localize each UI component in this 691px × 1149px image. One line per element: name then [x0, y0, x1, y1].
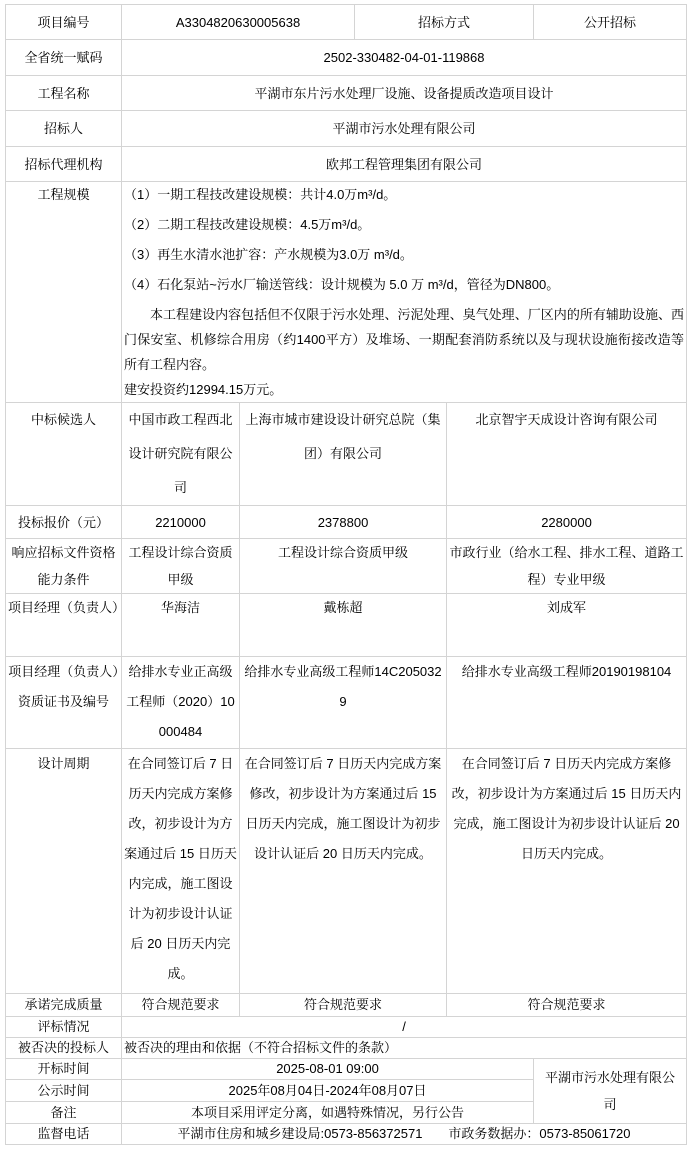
cert-2: 给排水专业高级工程师14C2050329: [240, 657, 447, 749]
quality-1: 符合规范要求: [122, 994, 240, 1017]
label-bid-prices: 投标报价（元）: [6, 506, 122, 539]
row-bid-prices: 投标报价（元） 2210000 2378800 2280000: [6, 506, 687, 539]
label-rejected-bidders: 被否决的投标人: [6, 1038, 122, 1059]
label-bid-method: 招标方式: [355, 5, 534, 40]
price-1: 2210000: [122, 506, 240, 539]
label-note: 备注: [6, 1102, 122, 1124]
row-evaluation: 评标情况 /: [6, 1017, 687, 1038]
value-project-no: A3304820630005638: [122, 5, 355, 40]
value-supervision-phone: 平湖市住房和城乡建设局:0573-856372571 市政务数据办：0573-8…: [122, 1124, 687, 1145]
value-rejected-bidders: 被否决的理由和依据（不符合招标文件的条款）: [122, 1038, 687, 1059]
label-qualifications: 响应招标文件资格能力条件: [6, 539, 122, 594]
label-project-scale: 工程规模: [6, 182, 122, 403]
label-design-periods: 设计周期: [6, 749, 122, 994]
row-opening-time: 开标时间 2025-08-01 09:00 平湖市污水处理有限公司: [6, 1059, 687, 1080]
value-bid-method: 公开招标: [534, 5, 687, 40]
value-unified-code: 2502-330482-04-01-119868: [122, 40, 687, 76]
scale-investment: 建安投资约12994.15万元。: [124, 377, 684, 402]
value-opening-time: 2025-08-01 09:00: [122, 1059, 534, 1080]
value-evaluation: /: [122, 1017, 687, 1038]
label-evaluation: 评标情况: [6, 1017, 122, 1038]
price-3: 2280000: [447, 506, 687, 539]
qualification-1: 工程设计综合资质甲级: [122, 539, 240, 594]
row-manager-certs: 项目经理（负责人）资质证书及编号 给排水专业正高级工程师（2020）100004…: [6, 657, 687, 749]
row-candidates: 中标候选人 中国市政工程西北设计研究院有限公司 上海市城市建设设计研究总院（集团…: [6, 403, 687, 506]
scale-item-1: （1）一期工程技改建设规模：共计4.0万m³/d。: [124, 182, 684, 207]
qualification-2: 工程设计综合资质甲级: [240, 539, 447, 594]
value-tenderee: 平湖市污水处理有限公司: [122, 111, 687, 147]
quality-3: 符合规范要求: [447, 994, 687, 1017]
row-project-scale: 工程规模 （1）一期工程技改建设规模：共计4.0万m³/d。 （2）二期工程技改…: [6, 182, 687, 403]
label-supervision-phone: 监督电话: [6, 1124, 122, 1145]
row-agency: 招标代理机构 欧邦工程管理集团有限公司: [6, 147, 687, 182]
label-project-name: 工程名称: [6, 76, 122, 111]
price-2: 2378800: [240, 506, 447, 539]
label-tenderee: 招标人: [6, 111, 122, 147]
scale-paragraph: 本工程建设内容包括但不仅限于污水处理、污泥处理、臭气处理、厂区内的所有辅助设施、…: [124, 302, 684, 377]
scale-item-4: （4）石化泵站~污水厂输送管线：设计规模为 5.0 万 m³/d，管径为DN80…: [124, 272, 684, 297]
value-publicity-time: 2025年08月04日-2024年08月07日: [122, 1080, 534, 1102]
row-quality-promise: 承诺完成质量 符合规范要求 符合规范要求 符合规范要求: [6, 994, 687, 1017]
candidate-2: 上海市城市建设设计研究总院（集团）有限公司: [240, 403, 447, 506]
label-project-no: 项目编号: [6, 5, 122, 40]
row-unified-code: 全省统一赋码 2502-330482-04-01-119868: [6, 40, 687, 76]
row-design-periods: 设计周期 在合同签订后 7 日历天内完成方案修改，初步设计为方案通过后 15 日…: [6, 749, 687, 994]
period-1: 在合同签订后 7 日历天内完成方案修改，初步设计为方案通过后 15 日历天内完成…: [122, 749, 240, 994]
period-3: 在合同签订后 7 日历天内完成方案修改，初步设计为方案通过后 15 日历天内完成…: [447, 749, 687, 994]
qualification-3: 市政行业（给水工程、排水工程、道路工程）专业甲级: [447, 539, 687, 594]
row-project-name: 工程名称 平湖市东片污水处理厂设施、设备提质改造项目设计: [6, 76, 687, 111]
row-project-no: 项目编号 A3304820630005638 招标方式 公开招标: [6, 5, 687, 40]
row-supervision-phone: 监督电话 平湖市住房和城乡建设局:0573-856372571 市政务数据办：0…: [6, 1124, 687, 1145]
cert-1: 给排水专业正高级工程师（2020）10000484: [122, 657, 240, 749]
label-candidates: 中标候选人: [6, 403, 122, 506]
value-org-name: 平湖市污水处理有限公司: [534, 1059, 687, 1124]
manager-3: 刘成军: [447, 594, 687, 657]
label-opening-time: 开标时间: [6, 1059, 122, 1080]
scale-item-2: （2）二期工程技改建设规模：4.5万m³/d。: [124, 212, 684, 237]
label-agency: 招标代理机构: [6, 147, 122, 182]
bid-result-table: 项目编号 A3304820630005638 招标方式 公开招标 全省统一赋码 …: [5, 4, 687, 1145]
label-project-managers: 项目经理（负责人）: [6, 594, 122, 657]
scale-item-3: （3）再生水清水池扩容：产水规模为3.0万 m³/d。: [124, 242, 684, 267]
label-manager-certs: 项目经理（负责人）资质证书及编号: [6, 657, 122, 749]
quality-2: 符合规范要求: [240, 994, 447, 1017]
manager-2: 戴栋超: [240, 594, 447, 657]
candidate-1: 中国市政工程西北设计研究院有限公司: [122, 403, 240, 506]
manager-1: 华海洁: [122, 594, 240, 657]
value-project-scale: （1）一期工程技改建设规模：共计4.0万m³/d。 （2）二期工程技改建设规模：…: [122, 182, 687, 403]
row-tenderee: 招标人 平湖市污水处理有限公司: [6, 111, 687, 147]
bid-announcement-document: 项目编号 A3304820630005638 招标方式 公开招标 全省统一赋码 …: [5, 4, 686, 1145]
row-qualifications: 响应招标文件资格能力条件 工程设计综合资质甲级 工程设计综合资质甲级 市政行业（…: [6, 539, 687, 594]
value-note: 本项目采用评定分离，如遇特殊情况，另行公告: [122, 1102, 534, 1124]
row-project-managers: 项目经理（负责人） 华海洁 戴栋超 刘成军: [6, 594, 687, 657]
period-2: 在合同签订后 7 日历天内完成方案修改，初步设计为方案通过后 15 日历天内完成…: [240, 749, 447, 994]
cert-3: 给排水专业高级工程师20190198104: [447, 657, 687, 749]
label-quality-promise: 承诺完成质量: [6, 994, 122, 1017]
label-publicity-time: 公示时间: [6, 1080, 122, 1102]
label-unified-code: 全省统一赋码: [6, 40, 122, 76]
value-project-name: 平湖市东片污水处理厂设施、设备提质改造项目设计: [122, 76, 687, 111]
row-rejected-bidders: 被否决的投标人 被否决的理由和依据（不符合招标文件的条款）: [6, 1038, 687, 1059]
value-agency: 欧邦工程管理集团有限公司: [122, 147, 687, 182]
candidate-3: 北京智宇天成设计咨询有限公司: [447, 403, 687, 506]
